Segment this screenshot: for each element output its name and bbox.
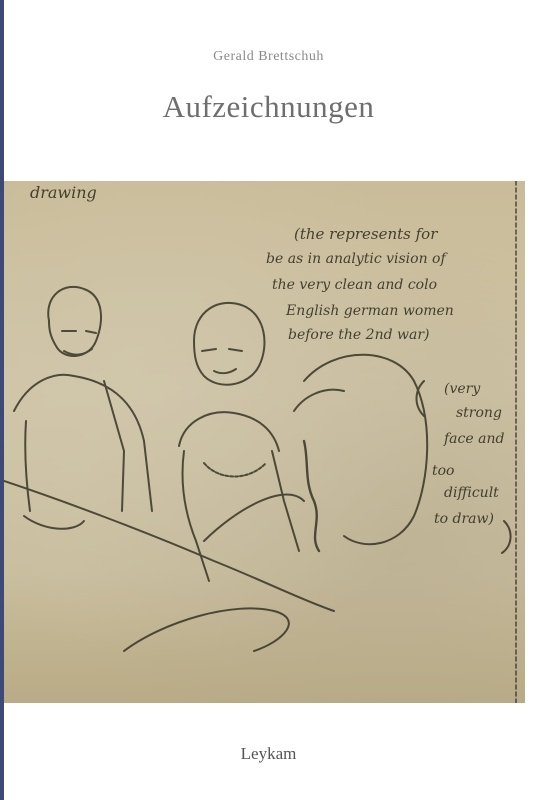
artwork-margin <box>525 181 537 703</box>
handwritten-note: the very clean and colo <box>272 277 437 293</box>
handwritten-note: before the 2nd war) <box>288 327 429 343</box>
handwritten-note: (very <box>444 381 480 397</box>
author-name: Gerald Brettschuh <box>0 49 537 65</box>
cover-artwork: drawing (the represents for be as in ana… <box>4 181 525 703</box>
handwritten-note: difficult <box>444 485 499 501</box>
handwritten-note: English german women <box>286 303 454 319</box>
handwritten-note: strong <box>456 405 502 421</box>
handwritten-note: face and <box>444 431 504 447</box>
handwritten-note: (the represents for <box>294 225 437 243</box>
handwritten-note: be as in analytic vision of <box>266 251 446 267</box>
book-title: Aufzeichnungen <box>0 89 537 125</box>
handwritten-note: drawing <box>30 183 97 202</box>
handwritten-note: to draw) <box>434 511 494 527</box>
publisher-name: Leykam <box>0 744 537 764</box>
handwritten-note: too <box>432 463 454 479</box>
